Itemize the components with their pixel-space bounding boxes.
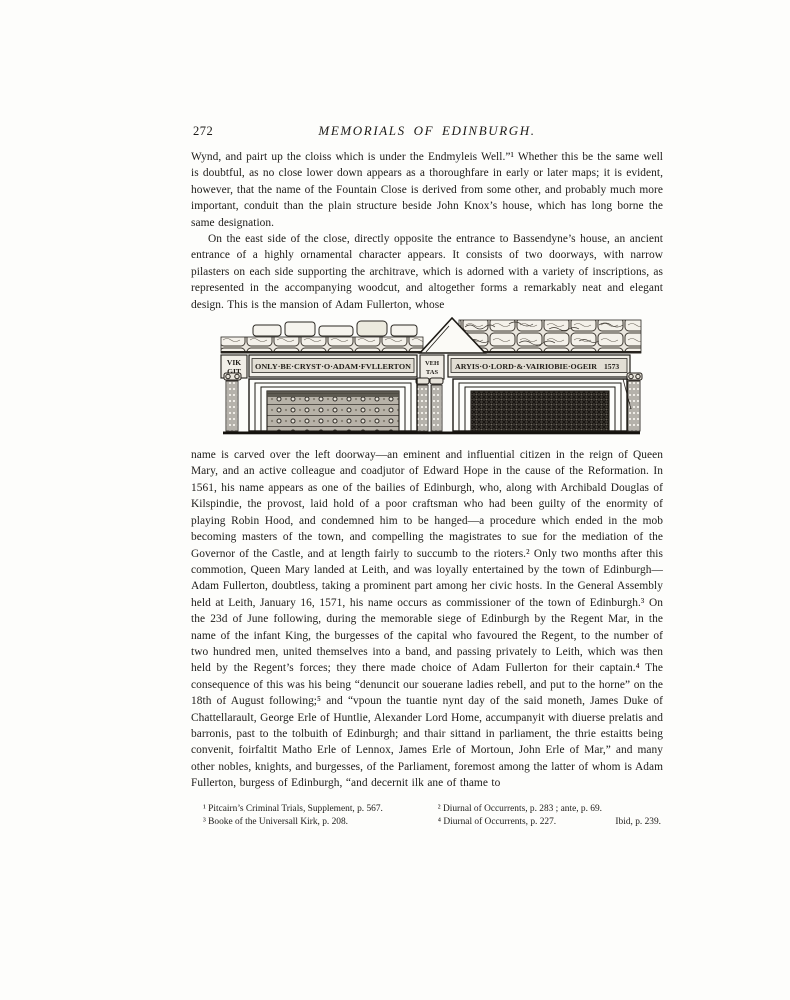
paragraph-main: name is carved over the left doorway—an … <box>191 447 663 792</box>
rubble-masonry-right <box>459 320 641 353</box>
lintel-inscription-left: ONLY·BE·CRYST·O·ADAM·FVLLERTON <box>255 362 412 371</box>
lintel-date: 1573 <box>604 362 619 371</box>
rubble-masonry-course <box>221 337 423 353</box>
footnote-4-5-row: ⁴ Diurnal of Occurrents, p. 227. Ibid, p… <box>438 816 663 830</box>
running-title: MEMORIALS OF EDINBURGH. <box>191 122 663 139</box>
footnote-column-left: ¹ Pitcairn’s Criminal Trials, Supplement… <box>203 803 424 830</box>
left-door-shadow <box>267 391 399 397</box>
doorways-woodcut-illustration: VIK GIT ONLY·BE·CRYST·O·ADAM·FVLLERTON V… <box>219 317 643 439</box>
centre-block-text-2: TAS <box>426 369 439 376</box>
right-door-panel <box>471 391 609 431</box>
centre-block-text-1: VEH <box>425 360 439 367</box>
book-page: 272 MEMORIALS OF EDINBURGH. Wynd, and pa… <box>0 0 790 1000</box>
footnotes: ¹ Pitcairn’s Criminal Trials, Supplement… <box>191 803 663 830</box>
base-line <box>223 432 640 435</box>
footnote-5: Ibid, p. 239. <box>615 816 661 830</box>
footnote-3: ³ Booke of the Universall Kirk, p. 208. <box>203 816 424 830</box>
left-block-text-1: VIK <box>227 358 241 367</box>
footnote-1: ¹ Pitcairn’s Criminal Trials, Supplement… <box>203 803 424 817</box>
page-number: 272 <box>193 124 213 139</box>
paragraph-continuation: Wynd, and pairt up the cloiss which is u… <box>191 149 663 231</box>
lintel-inscription-right: ARYIS·O·LORD·&·VAIRIOBIE·OGEIR <box>455 362 598 371</box>
rubble-masonry-top <box>253 321 417 336</box>
footnote-2: ² Diurnal of Occurrents, p. 283 ; ante, … <box>438 803 663 817</box>
footnote-4: ⁴ Diurnal of Occurrents, p. 227. <box>438 816 556 830</box>
paragraph-east-side: On the east side of the close, directly … <box>191 231 663 313</box>
running-head: 272 MEMORIALS OF EDINBURGH. <box>191 122 663 140</box>
text-block: 272 MEMORIALS OF EDINBURGH. Wynd, and pa… <box>191 122 663 830</box>
footnote-column-right: ² Diurnal of Occurrents, p. 283 ; ante, … <box>438 803 663 830</box>
doorways-woodcut-figure: VIK GIT ONLY·BE·CRYST·O·ADAM·FVLLERTON V… <box>219 317 643 439</box>
